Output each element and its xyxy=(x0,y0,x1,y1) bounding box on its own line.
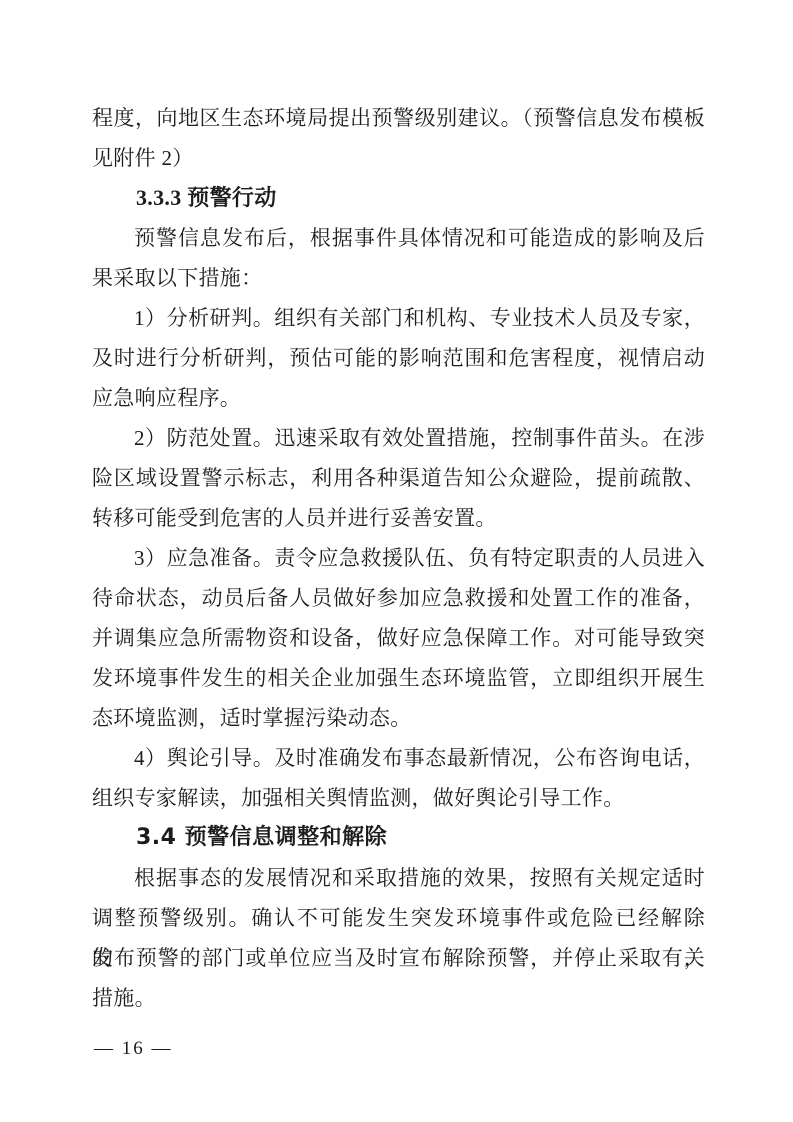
body-line: 险区域设置警示标志，利用各种渠道告知公众避险，提前疏散、 xyxy=(92,458,705,498)
body-line: 3）应急准备。责令应急救援队伍、负有特定职责的人员进入 xyxy=(92,538,705,578)
body-line: 1）分析研判。组织有关部门和机构、专业技术人员及专家， xyxy=(92,298,705,338)
body-line: 并调集应急所需物资和设备，做好应急保障工作。对可能导致突 xyxy=(92,618,705,658)
body-line: 转移可能受到危害的人员并进行妥善安置。 xyxy=(92,498,705,538)
body-line: 2）防范处置。迅速采取有效处置措施，控制事件苗头。在涉 xyxy=(92,418,705,458)
heading-3-3-3: 3.3.3 预警行动 xyxy=(92,178,705,218)
document-body: 程度，向地区生态环境局提出预警级别建议。（预警信息发布模板 见附件 2） 3.3… xyxy=(92,98,705,1018)
body-line: 组织专家解读，加强相关舆情监测，做好舆论引导工作。 xyxy=(92,778,705,818)
document-page: 程度，向地区生态环境局提出预警级别建议。（预警信息发布模板 见附件 2） 3.3… xyxy=(0,0,793,1122)
body-line: 待命状态，动员后备人员做好参加应急救援和处置工作的准备， xyxy=(92,578,705,618)
body-line: 发环境事件发生的相关企业加强生态环境监管，立即组织开展生 xyxy=(92,658,705,698)
body-line: 果采取以下措施： xyxy=(92,258,705,298)
body-line: 态环境监测，适时掌握污染动态。 xyxy=(92,698,705,738)
body-line: 4）舆论引导。及时准确发布事态最新情况，公布咨询电话， xyxy=(92,738,705,778)
body-line: 预警信息发布后，根据事件具体情况和可能造成的影响及后 xyxy=(92,218,705,258)
page-number: — 16 — xyxy=(94,1038,173,1060)
body-line: 发布预警的部门或单位应当及时宣布解除预警，并停止采取有关 xyxy=(92,938,705,978)
body-line: 根据事态的发展情况和采取措施的效果，按照有关规定适时 xyxy=(92,858,705,898)
body-line: 及时进行分析研判，预估可能的影响范围和危害程度，视情启动 xyxy=(92,338,705,378)
body-line: 应急响应程序。 xyxy=(92,378,705,418)
body-line: 见附件 2） xyxy=(92,138,705,178)
body-line: 调整预警级别。确认不可能发生突发环境事件或危险已经解除的， xyxy=(92,898,705,938)
heading-3-4: 3.4 预警信息调整和解除 xyxy=(92,818,705,858)
body-line: 程度，向地区生态环境局提出预警级别建议。（预警信息发布模板 xyxy=(92,98,705,138)
body-line: 措施。 xyxy=(92,978,705,1018)
